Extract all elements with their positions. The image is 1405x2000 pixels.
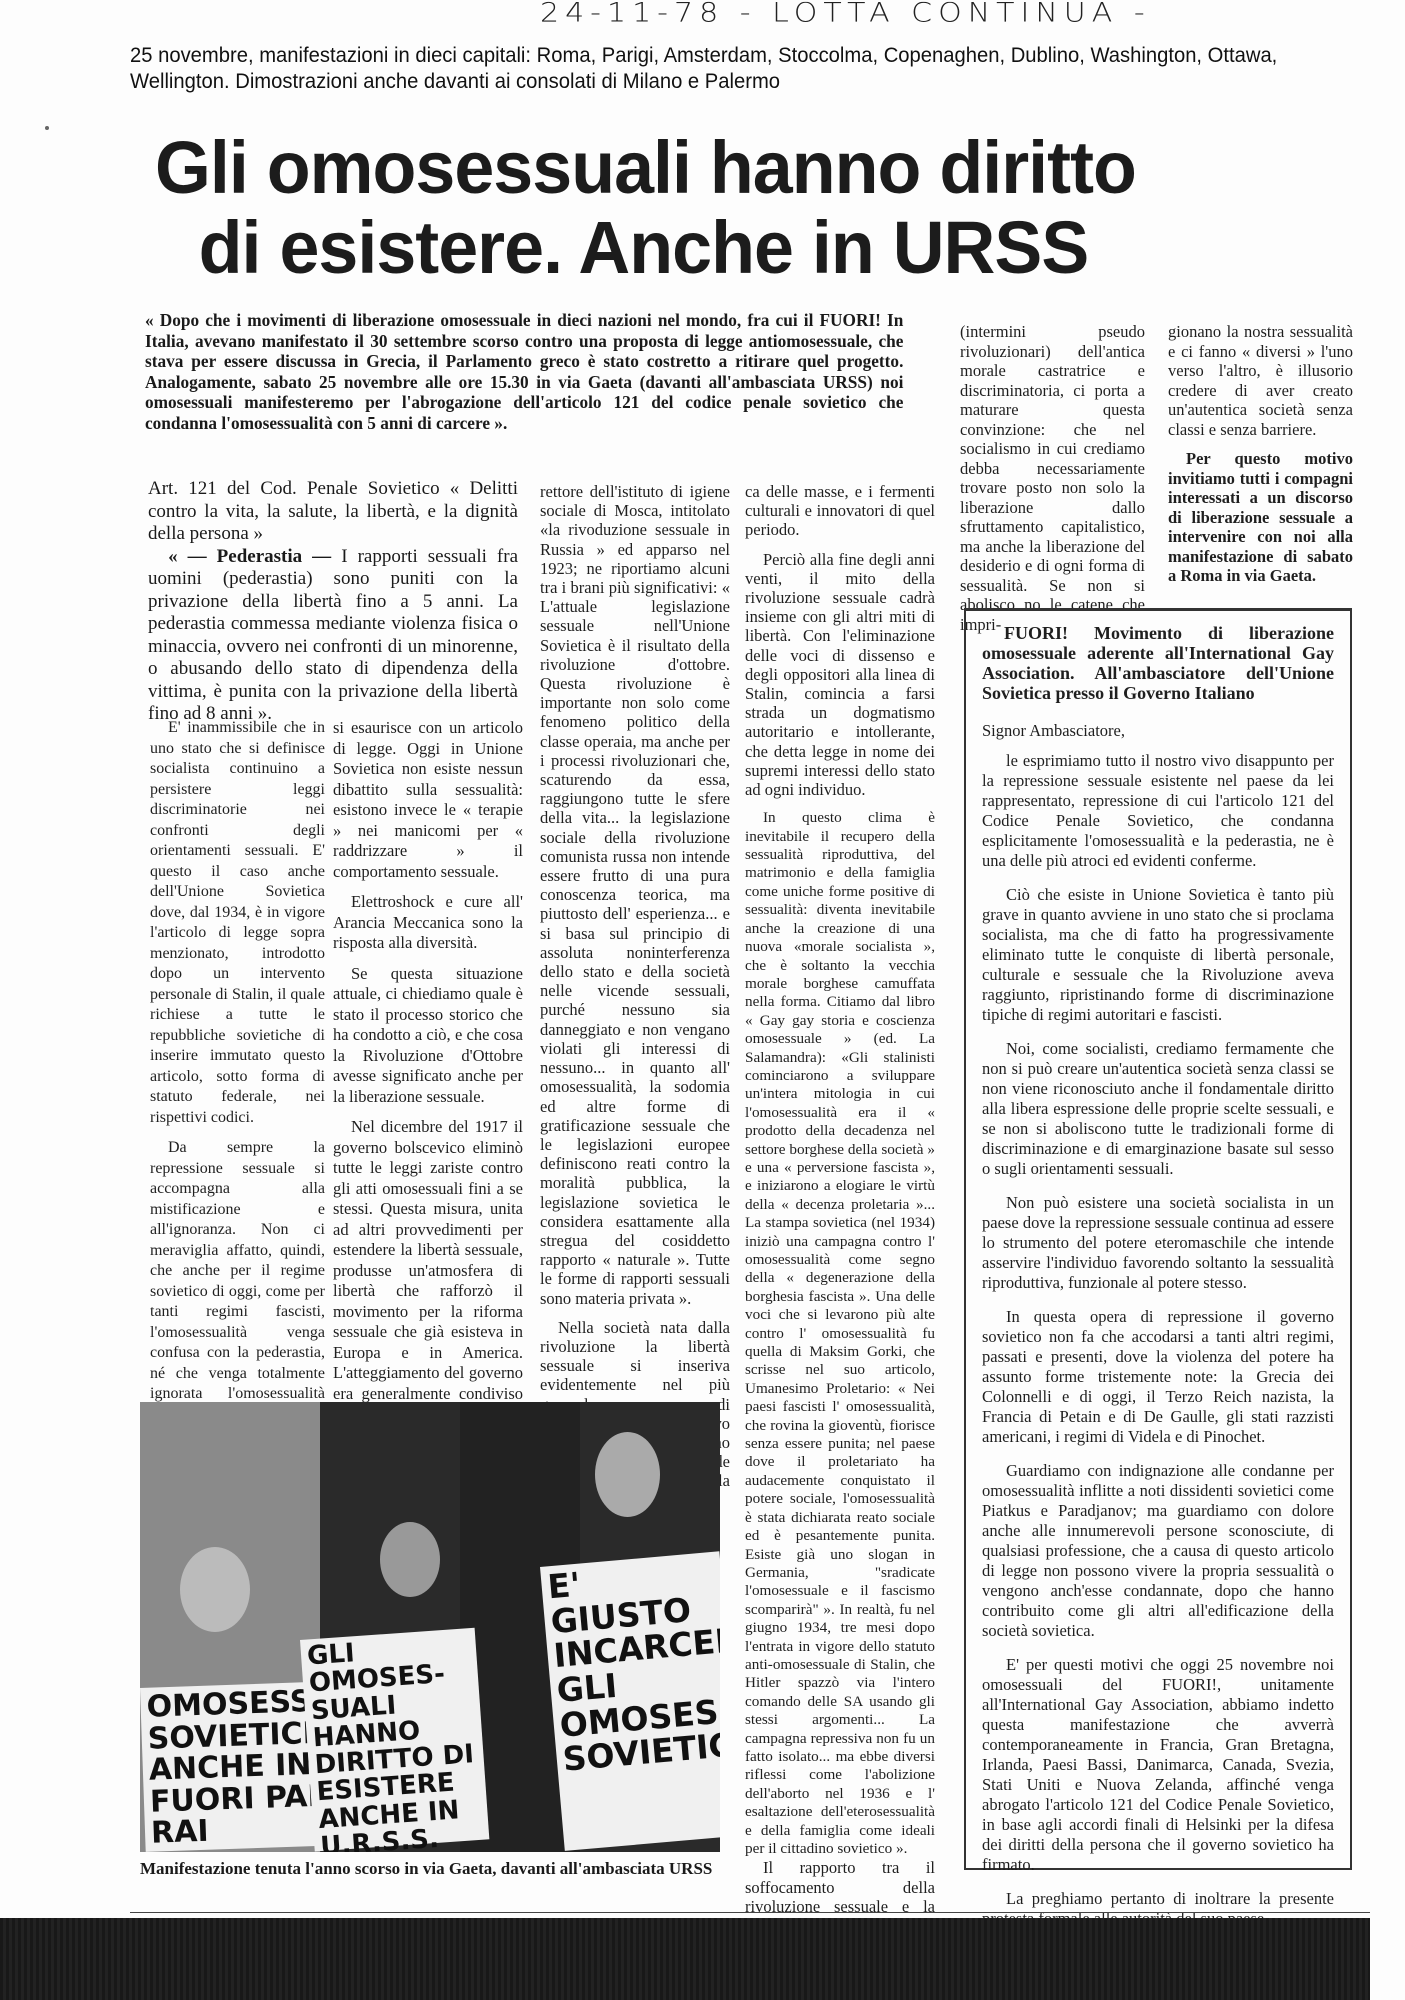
paragraph: Elettroshock e cure all' Arancia Meccani…	[333, 892, 523, 954]
article-121-text: I rapporti sessuali fra uomini (pederast…	[148, 546, 518, 725]
protester-head-left	[180, 1547, 250, 1632]
article-121-quote: Art. 121 del Cod. Penale Sovietico « Del…	[148, 478, 518, 726]
paragraph: rettore dell'istituto di igiene sociale …	[540, 482, 730, 1308]
paragraph: Se questa situazione attuale, ci chiedia…	[333, 964, 523, 1108]
paragraph: Perciò alla fine degli anni venti, il mi…	[745, 550, 935, 800]
scan-dark-border	[0, 1918, 1370, 2000]
paragraph: si esaurisce con un articolo di legge. O…	[333, 718, 523, 882]
paragraph: ca delle masse, e i fermenti culturali e…	[745, 482, 935, 540]
paragraph: gionano la nostra sessualità e ci fanno …	[1168, 322, 1353, 439]
protest-sign-left: OMOSESSUALI SOVIETICI ANCHE IN FUORI PAI…	[140, 1682, 331, 1852]
body-column-3: rettore dell'istituto di igiene sociale …	[540, 482, 730, 1510]
paragraph: E' inammissibile che in uno stato che si…	[150, 718, 325, 1128]
body-column-6: gionano la nostra sessualità e ci fanno …	[1168, 322, 1353, 586]
protest-photo: OMOSESSUALI SOVIETICI ANCHE IN FUORI PAI…	[140, 1402, 720, 1852]
letter-paragraph: E' per questi motivi che oggi 25 novembr…	[982, 1655, 1334, 1875]
article-121-intro: Art. 121 del Cod. Penale Sovietico « Del…	[148, 478, 518, 544]
page-bottom-rule	[130, 1912, 1370, 1913]
letter-paragraph: Guardiamo con indignazione alle condanne…	[982, 1461, 1334, 1641]
article-headline: Gli omosessuali hanno diritto di esister…	[155, 128, 1319, 288]
body-column-4: ca delle masse, e i fermenti culturali e…	[745, 482, 935, 1858]
protester-head-center	[380, 1522, 440, 1597]
article-lead: « Dopo che i movimenti di liberazione om…	[145, 310, 903, 433]
call-to-action-paragraph: Per questo motivo invitiamo tutti i comp…	[1168, 449, 1353, 586]
protest-sign-right: E' GIUSTO INCARCERARE GLI OMOSES SOVIETI…	[540, 1551, 720, 1851]
letter-salutation: Signor Ambasciatore,	[982, 721, 1334, 741]
letter-paragraph: Non può esistere una società socialista …	[982, 1193, 1334, 1293]
body-column-5: (intermini pseudo rivoluzionari) dell'an…	[960, 322, 1145, 634]
body-column-2: si esaurisce con un articolo di legge. O…	[333, 718, 523, 1517]
letter-title: FUORI! Movimento di liberazione omosessu…	[982, 623, 1334, 703]
protester-head-right	[595, 1432, 660, 1517]
article-kicker: 25 novembre, manifestazioni in dieci cap…	[130, 42, 1296, 94]
paragraph: In questo clima è inevitabile il recuper…	[745, 809, 935, 1858]
photo-caption: Manifestazione tenuta l'anno scorso in v…	[140, 1858, 720, 1879]
scan-speck	[45, 126, 49, 130]
handwritten-source-note: 24-11-78 - LOTTA CONTINUA -	[540, 2, 1300, 33]
paragraph: (intermini pseudo rivoluzionari) dell'an…	[960, 322, 1145, 634]
letter-paragraph: Noi, come socialisti, crediamo fermament…	[982, 1039, 1334, 1179]
letter-paragraph: le esprimiamo tutto il nostro vivo disap…	[982, 751, 1334, 871]
letter-paragraph: Ciò che esiste in Unione Sovietica è tan…	[982, 885, 1334, 1025]
open-letter-box: FUORI! Movimento di liberazione omosessu…	[964, 608, 1352, 1870]
headline-line-2: di esistere. Anche in URSS	[155, 208, 1319, 288]
paragraph: Nel dicembre del 1917 il governo bolscev…	[333, 1117, 523, 1425]
article-121-term: « — Pederastia —	[168, 546, 331, 567]
letter-paragraph: In questa opera di repressione il govern…	[982, 1307, 1334, 1447]
protest-sign-center: GLI OMOSES- SUALI HANNO DIRITTO DI ESIST…	[300, 1628, 489, 1852]
headline-line-1: Gli omosessuali hanno diritto	[155, 126, 1136, 209]
